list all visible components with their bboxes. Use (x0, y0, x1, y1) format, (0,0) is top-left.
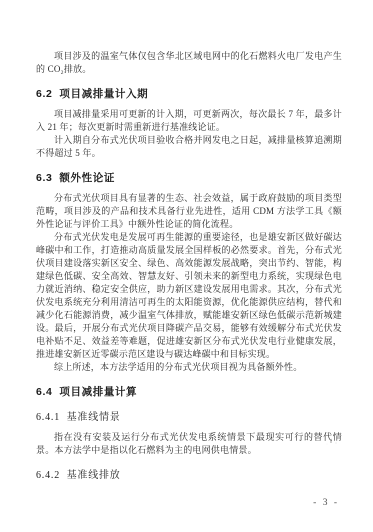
subsection-heading-6-4-2: 6.4.2 基准线排放 (36, 469, 342, 482)
body-paragraph: 计入期自分布式光伏项目验收合格并网发电之日起，减排量核算追溯期不得超过 5 年。 (36, 134, 342, 160)
section-heading-6-2: 6.2 项目减排量计入期 (36, 88, 342, 101)
section-heading-6-4: 6.4 项目减排量计算 (36, 386, 342, 399)
intro-paragraph: 项目涉及的温室气体仅包含华北区域电网中的化石燃料火电厂发电产生的 CO₂排放。 (36, 50, 342, 76)
subsection-heading-6-4-1: 6.4.1 基准线情景 (36, 411, 342, 424)
section-heading-6-3: 6.3 额外性论证 (36, 172, 342, 185)
page-number: - 3 - (313, 498, 339, 508)
body-paragraph: 指在没有安装及运行分布式光伏发电系统情景下最现实可行的替代情景。本方法学中是指以… (36, 431, 342, 457)
body-paragraph: 分布式光伏发电是发展可再生能源的重要途径，也是雄安新区做好碳达峰碳中和工作，打造… (36, 231, 342, 361)
scan-artifact (330, 441, 332, 443)
body-paragraph: 项目减排量采用可更新的计入期，可更新两次，每次最长 7 年，最多计入 21 年；… (36, 108, 342, 134)
document-page: 项目涉及的温室气体仅包含华北区域电网中的化石燃料火电厂发电产生的 CO₂排放。 … (0, 0, 373, 532)
body-paragraph: 分布式光伏项目具有显著的生态、社会效益，属于政府鼓励的项目类型范畴，项目涉及的产… (36, 192, 342, 231)
body-paragraph: 综上所述，本方法学适用的分布式光伏项目视为具备额外性。 (36, 361, 342, 374)
